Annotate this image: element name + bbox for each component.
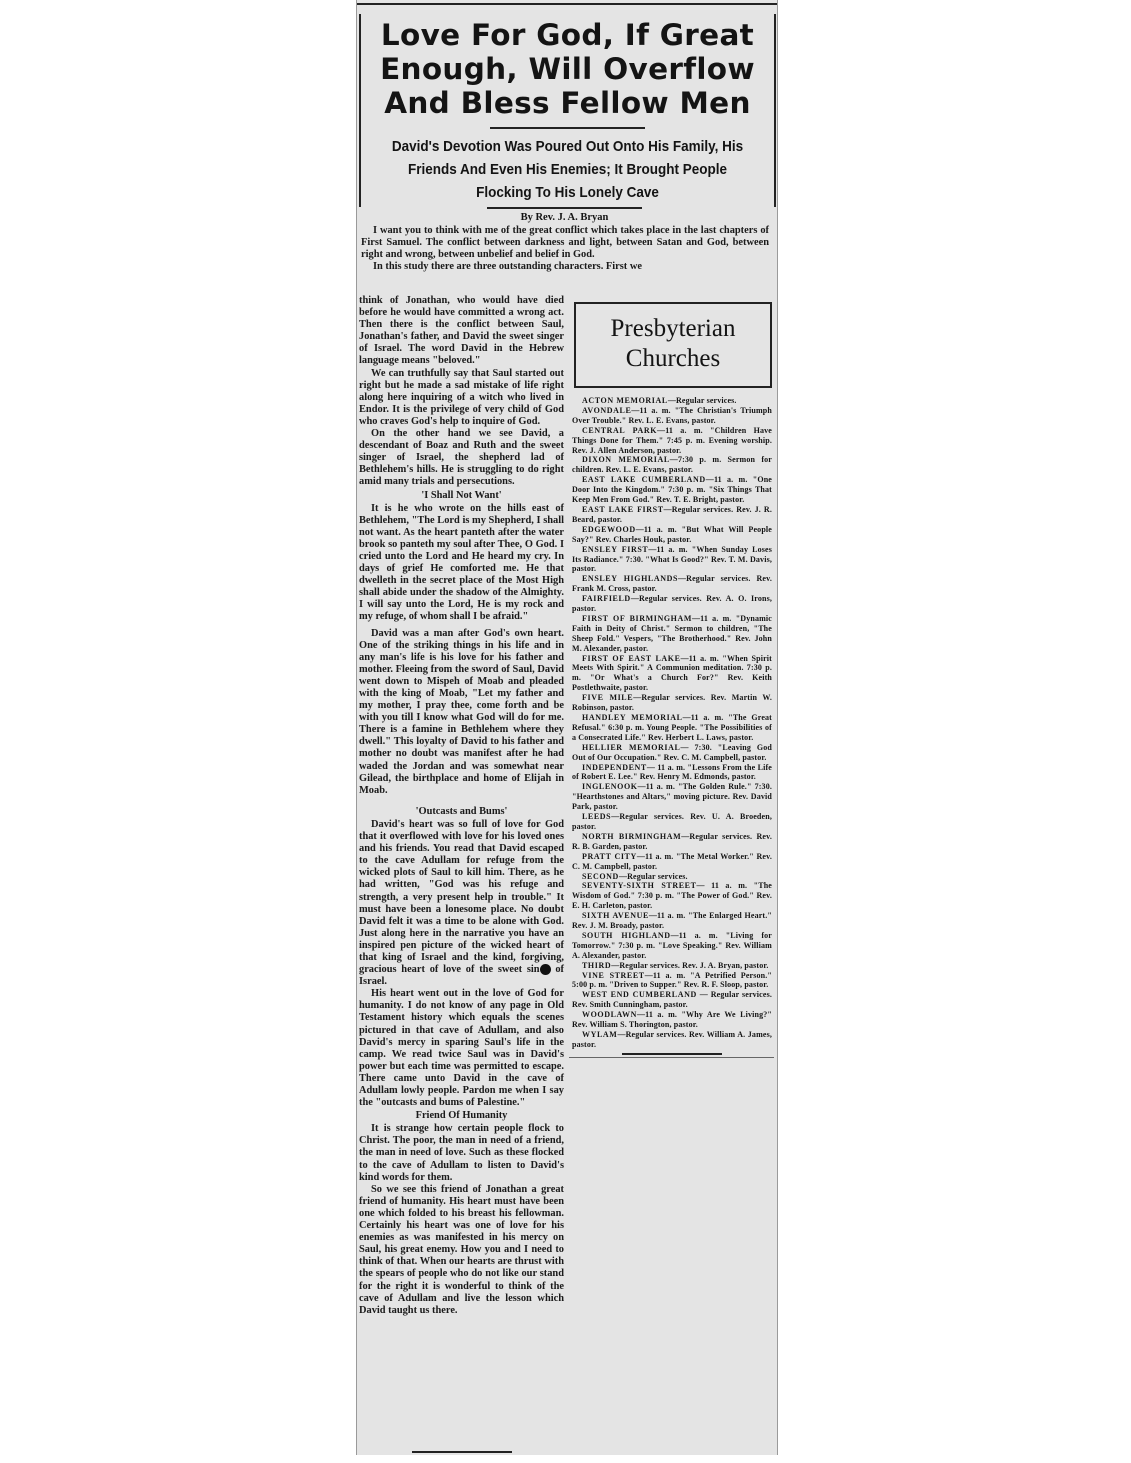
church-listing: EDGEWOOD—11 a. m. "But What Will People … (572, 525, 772, 545)
church-listing: HANDLEY MEMORIAL—11 a. m. "The Great Ref… (572, 713, 772, 743)
church-listing: EAST LAKE CUMBERLAND—11 a. m. "One Door … (572, 475, 772, 505)
body-paragraph: On the other hand we see David, a descen… (359, 428, 564, 488)
intro-paragraph-2: In this study there are three outstandin… (361, 261, 769, 273)
headline: Love For God, If Great Enough, Will Over… (361, 18, 774, 120)
headline-divider (490, 127, 645, 129)
listings-end-rule (622, 1053, 722, 1055)
box-title-line-1: Presbyterian (576, 314, 770, 344)
church-listing: FIRST OF BIRMINGHAM—11 a. m. "Dynamic Fa… (572, 614, 772, 654)
body-paragraph: His heart went out in the love of God fo… (359, 988, 564, 1109)
church-listing: SIXTH AVENUE—11 a. m. "The Enlarged Hear… (572, 911, 772, 931)
newspaper-clipping: Love For God, If Great Enough, Will Over… (356, 0, 778, 1455)
church-listing: ENSLEY HIGHLANDS—Regular services. Rev. … (572, 574, 772, 594)
church-listing: NORTH BIRMINGHAM—Regular services. Rev. … (572, 832, 772, 852)
subheadline-deck: David's Devotion Was Poured Out Onto His… (382, 135, 754, 204)
box-title-line-2: Churches (576, 344, 770, 374)
church-listing: WYLAM—Regular services. Rev. William A. … (572, 1030, 772, 1050)
article-intro: I want you to think with me of the great… (361, 225, 769, 273)
church-listing: FIRST OF EAST LAKE—11 a. m. "When Spirit… (572, 654, 772, 694)
church-listing: EAST LAKE FIRST—Regular services. Rev. J… (572, 505, 772, 525)
top-rule (357, 3, 777, 5)
church-listing: ACTON MEMORIAL—Regular services. (572, 396, 772, 406)
church-listing: DIXON MEMORIAL—7:30 p. m. Sermon for chi… (572, 455, 772, 475)
body-paragraph: think of Jonathan, who would have died b… (359, 295, 564, 368)
section-subhead: 'I Shall Not Want' (359, 490, 564, 502)
church-listing: CENTRAL PARK—11 a. m. "Children Have Thi… (572, 426, 772, 456)
church-listing: AVONDALE—11 a. m. "The Christian's Trium… (572, 406, 772, 426)
headline-box: Love For God, If Great Enough, Will Over… (359, 14, 776, 207)
church-listing: HELLIER MEMORIAL— 7:30. "Leaving God Out… (572, 743, 772, 763)
church-listing: THIRD—Regular services. Rev. J. A. Bryan… (572, 961, 772, 971)
church-listing: SECOND—Regular services. (572, 872, 772, 882)
body-text: David's heart was so full of love for Go… (359, 819, 564, 975)
body-paragraph: David was a man after God's own heart. O… (359, 628, 564, 797)
body-paragraph: We can truthfully say that Saul started … (359, 368, 564, 428)
body-paragraph: So we see this friend of Jonathan a grea… (359, 1184, 564, 1317)
headline-line-1: Love For God, If Great (361, 18, 774, 52)
body-paragraph: It is strange how certain people flock t… (359, 1123, 564, 1183)
church-listing: WEST END CUMBERLAND — Regular services. … (572, 990, 772, 1010)
article-end-rule (412, 1451, 512, 1453)
church-listing: VINE STREET—11 a. m. "A Petrified Person… (572, 971, 772, 991)
byline: By Rev. J. A. Bryan (357, 212, 772, 223)
church-listing: ENSLEY FIRST—11 a. m. "When Sunday Loses… (572, 545, 772, 575)
church-box-title: Presbyterian Churches (574, 302, 772, 388)
church-listing: SEVENTY-SIXTH STREET— 11 a. m. "The Wisd… (572, 881, 772, 911)
church-listings: ACTON MEMORIAL—Regular services. AVONDAL… (572, 396, 772, 1050)
headline-line-3: And Bless Fellow Men (361, 86, 774, 120)
deck-line-2: Friends And Even His Enemies; It Brought… (382, 158, 754, 181)
church-listings-column: Presbyterian Churches ACTON MEMORIAL—Reg… (572, 302, 772, 1055)
intro-paragraph-1: I want you to think with me of the great… (361, 225, 769, 261)
church-listing: FIVE MILE—Regular services. Rev. Martin … (572, 693, 772, 713)
section-subhead: Friend Of Humanity (359, 1110, 564, 1122)
deck-line-3: Flocking To His Lonely Cave (382, 181, 754, 204)
church-listing: LEEDS—Regular services. Rev. U. A. Broed… (572, 812, 772, 832)
church-listing: INDEPENDENT— 11 a. m. "Lessons From the … (572, 763, 772, 783)
church-listing: FAIRFIELD—Regular services. Rev. A. O. I… (572, 594, 772, 614)
ink-blot (540, 964, 551, 975)
section-subhead: 'Outcasts and Bums' (359, 806, 564, 818)
spacer (359, 797, 564, 805)
deck-line-1: David's Devotion Was Poured Out Onto His… (382, 135, 754, 158)
church-listing: INGLENOOK—11 a. m. "The Golden Rule." 7:… (572, 782, 772, 812)
article-body-column: think of Jonathan, who would have died b… (359, 295, 564, 1317)
church-listing: PRATT CITY—11 a. m. "The Metal Worker." … (572, 852, 772, 872)
body-paragraph: It is he who wrote on the hills east of … (359, 503, 564, 624)
byline-divider (487, 207, 642, 209)
church-listing: WOODLAWN—11 a. m. "Why Are We Living?" R… (572, 1010, 772, 1030)
church-listing: SOUTH HIGHLAND—11 a. m. "Living for Tomo… (572, 931, 772, 961)
body-paragraph: David's heart was so full of love for Go… (359, 819, 564, 988)
headline-line-2: Enough, Will Overflow (361, 52, 774, 86)
